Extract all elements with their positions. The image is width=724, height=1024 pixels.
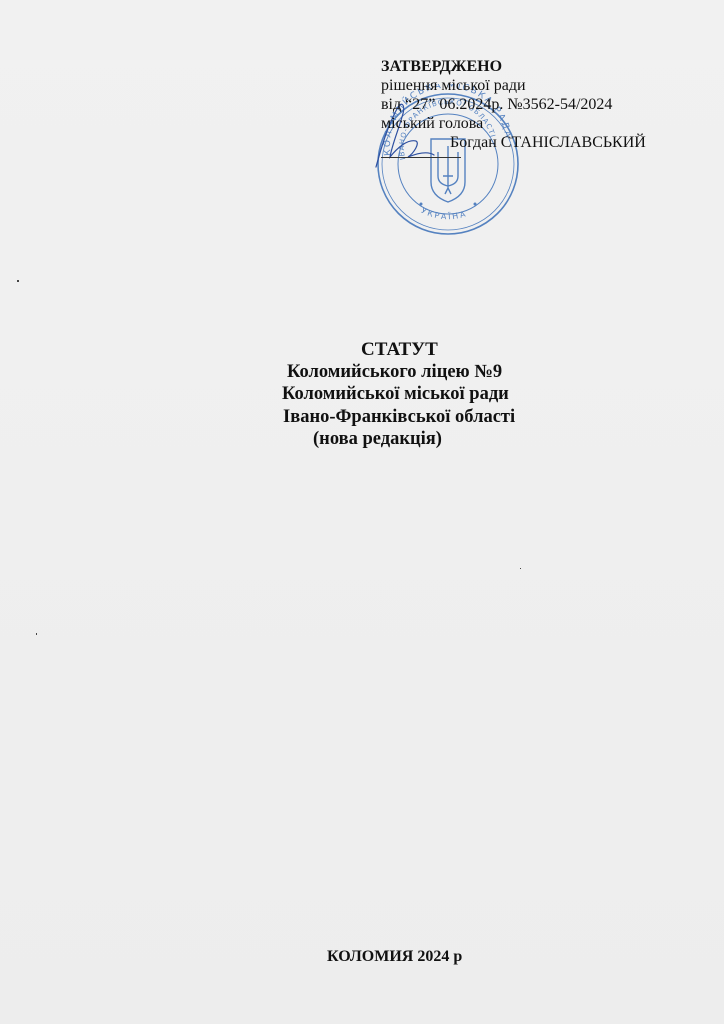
scan-speck [520,568,521,569]
approval-decision-line: рішення міської ради [381,76,646,95]
region-name: Івано-Франківської області [283,407,515,427]
institution-name: Коломийського ліцею №9 [287,362,502,382]
approval-block: ЗАТВЕРДЖЕНО рішення міської ради від “27… [381,57,646,152]
scan-speck [36,633,37,635]
scan-speck [17,280,19,282]
approval-signer-name: Богдан СТАНІСЛАВСЬКИЙ [450,133,646,152]
place-and-year: КОЛОМИЯ 2024 р [327,948,462,966]
approval-position: міський голова [381,114,646,133]
council-name: Коломийської міської ради [282,384,509,404]
edition-note: (нова редакція) [313,429,442,449]
svg-text:УКРАЇНА: УКРАЇНА [420,206,469,222]
signature-line [381,157,461,158]
approval-heading: ЗАТВЕРДЖЕНО [381,57,646,76]
document-title: СТАТУТ [361,340,438,360]
approval-date-number: від “27” 06.2024р. №3562-54/2024 [381,95,646,114]
document-page: КОЛОМИЙСЬКА МІСЬКА РАДА ІВАНО-ФРАНКІВСЬК… [0,0,724,1024]
